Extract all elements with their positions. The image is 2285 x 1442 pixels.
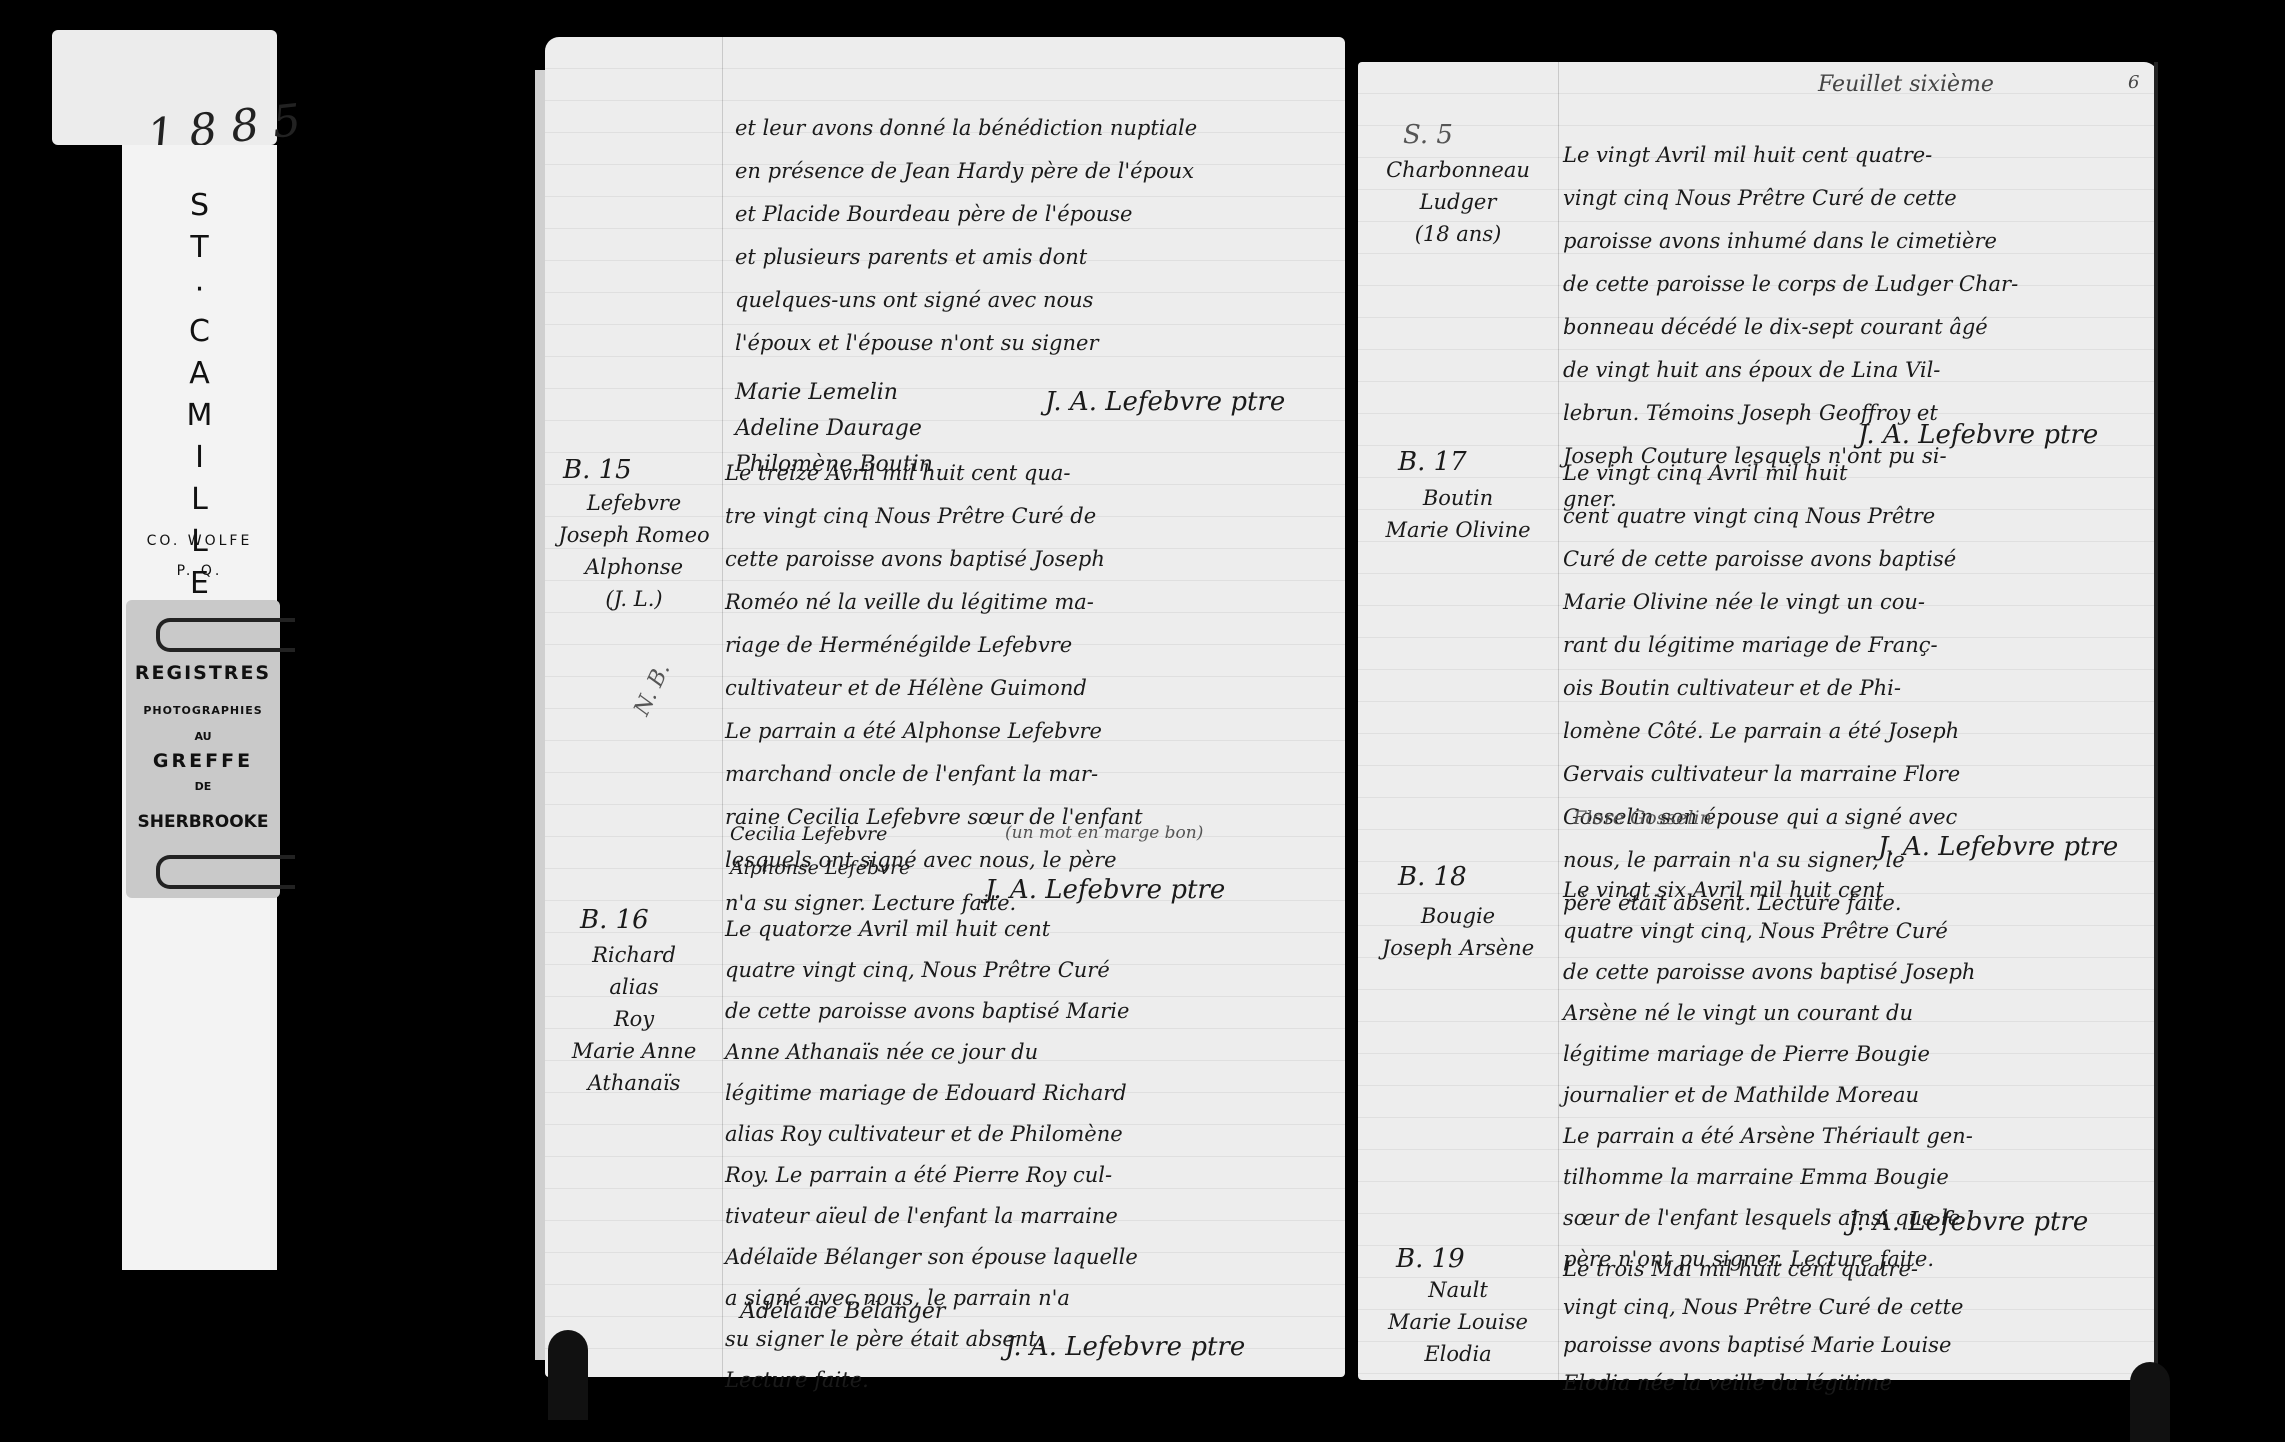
priest-signature: J. A. Lefebvre ptre: [1878, 832, 2118, 862]
right-page: Feuillet sixième 6 S. 5 Charbonneau Ludg…: [1358, 62, 2158, 1380]
text-line: et plusieurs parents et amis dont: [735, 236, 1197, 279]
text-line: lomène Côté. Le parrain a été Joseph: [1563, 710, 1960, 753]
entry-number: B. 16: [580, 905, 649, 935]
entry-margin-names: Lefebvre Joseph Romeo Alphonse (J. L.): [545, 487, 723, 615]
stamp-line: GREFFE: [126, 750, 280, 772]
text-line: l'époux et l'épouse n'ont su signer: [735, 322, 1197, 365]
margin-name: Elodia: [1358, 1338, 1558, 1370]
text-line: tre vingt cinq Nous Prêtre Curé de: [725, 495, 1143, 538]
text-line: Le vingt Avril mil huit cent quatre-: [1563, 134, 2018, 177]
text-line: bonneau décédé le dix-sept courant âgé: [1563, 306, 2018, 349]
text-line: de vingt huit ans époux de Lina Vil-: [1563, 349, 2018, 392]
text-line: quelques-uns ont signé avec nous: [735, 279, 1197, 322]
register-label-strip: S T · C A M I L L E CO. WOLFE P. Q. REGI…: [122, 145, 277, 1270]
text-line: de cette paroisse avons baptisé Joseph: [1563, 952, 1975, 993]
entry-margin-names: Richard alias Roy Marie Anne Athanaïs: [545, 939, 723, 1099]
text-line: quatre vingt cinq, Nous Prêtre Curé: [1563, 911, 1975, 952]
parish-letter: S: [122, 185, 277, 227]
province-label: P. Q.: [122, 563, 277, 579]
stamp-line: SHERBROOKE: [126, 812, 280, 832]
margin-name: Joseph Romeo: [545, 519, 723, 551]
page-edge: [2154, 62, 2158, 1380]
margin-name: Marie Olivine: [1358, 514, 1558, 546]
stamp-line: REGISTRES: [126, 662, 280, 684]
parish-letter: ·: [122, 269, 277, 311]
text-line: Elodia née la veille du légitime: [1563, 1364, 1963, 1402]
text-line: tivateur aïeul de l'enfant la marraine: [725, 1196, 1138, 1237]
text-line: cent quatre vingt cinq Nous Prêtre: [1563, 495, 1960, 538]
text-line: de cette paroisse avons baptisé Marie: [725, 991, 1138, 1032]
marginal-correction-note: (un mot en marge bon): [1005, 823, 1203, 843]
text-line: légitime mariage de Edouard Richard: [725, 1073, 1138, 1114]
parish-letter: A: [122, 353, 277, 395]
text-line: Anne Athanaïs née ce jour du: [725, 1032, 1138, 1073]
paperclip-icon: [156, 855, 295, 889]
binding-hole: [548, 1330, 588, 1420]
margin-name: Marie Anne: [545, 1035, 723, 1067]
text-line: Le trois Mai mil huit cent quatre-: [1563, 1250, 1963, 1288]
left-page: et leur avons donné la bénédiction nupti…: [545, 37, 1345, 1377]
text-line: journalier et de Mathilde Moreau: [1563, 1075, 1975, 1116]
margin-name: Alphonse: [545, 551, 723, 583]
priest-signature: J. A. Lefebvre ptre: [1858, 420, 2098, 450]
margin-rule: [1558, 62, 1559, 1380]
text-line: Adélaïde Bélanger son épouse laquelle: [725, 1237, 1138, 1278]
margin-name: Lefebvre: [545, 487, 723, 519]
margin-name: (18 ans): [1358, 218, 1558, 250]
stamp-line: AU: [126, 730, 280, 743]
stamp-line: PHOTOGRAPHIES: [126, 704, 280, 717]
text-line: Marie Olivine née le vingt un cou-: [1563, 581, 1960, 624]
paperclip-icon: [156, 618, 295, 652]
parish-letter: C: [122, 311, 277, 353]
signature: Marie Lemelin: [735, 375, 933, 411]
parish-letter: I: [122, 437, 277, 479]
parish-letter: L: [122, 479, 277, 521]
priest-signature: J. A. Lefebvre ptre: [1005, 1332, 1245, 1362]
stamp-line: DE: [126, 780, 280, 793]
priest-signature: J. A. Lefebvre ptre: [985, 875, 1225, 905]
text-line: paroisse avons inhumé dans le cimetière: [1563, 220, 2018, 263]
margin-name: Joseph Arsène: [1358, 932, 1558, 964]
priest-signature: J. A. Lefebvre ptre: [1045, 387, 1285, 417]
margin-name: Richard: [545, 939, 723, 971]
signature: Cecilia Lefebvre: [730, 817, 910, 851]
text-line: légitime mariage de Pierre Bougie: [1563, 1034, 1975, 1075]
parish-letter: M: [122, 395, 277, 437]
county-label: CO. WOLFE: [122, 533, 277, 549]
signature: Flore Gosselin: [1573, 807, 1712, 829]
text-line: Le treize Avril mil huit cent qua-: [725, 452, 1143, 495]
text-line: ois Boutin cultivateur et de Phi-: [1563, 667, 1960, 710]
signature: Adeline Daurage: [735, 411, 933, 447]
text-line: Le vingt cinq Avril mil huit: [1563, 452, 1960, 495]
entry-number: B. 18: [1398, 862, 1467, 892]
entry-number: B. 15: [563, 455, 632, 485]
text-line: riage de Herménégilde Lefebvre: [725, 624, 1143, 667]
text-line: marchand oncle de l'enfant la mar-: [725, 753, 1143, 796]
entry-margin-names: Nault Marie Louise Elodia: [1358, 1274, 1558, 1370]
margin-name: alias: [545, 971, 723, 1003]
parish-letter: T: [122, 227, 277, 269]
text-line: alias Roy cultivateur et de Philomène: [725, 1114, 1138, 1155]
text-line: et Placide Bourdeau père de l'épouse: [735, 193, 1197, 236]
text-line: cette paroisse avons baptisé Joseph: [725, 538, 1143, 581]
text-line: cultivateur et de Hélène Guimond: [725, 667, 1143, 710]
text-line: Le quatorze Avril mil huit cent: [725, 909, 1138, 950]
signature: Adélaïde Bélanger: [740, 1299, 945, 1324]
text-line: rant du légitime mariage de Franç-: [1563, 624, 1960, 667]
text-line: paroisse avons baptisé Marie Louise: [1563, 1326, 1963, 1364]
entry-margin-names: Boutin Marie Olivine: [1358, 482, 1558, 546]
text-line: tilhomme la marraine Emma Bougie: [1563, 1157, 1975, 1198]
margin-name: Nault: [1358, 1274, 1558, 1306]
margin-name: Bougie: [1358, 900, 1558, 932]
binding-hole: [2130, 1362, 2170, 1442]
margin-name: Marie Louise: [1358, 1306, 1558, 1338]
text-line: quatre vingt cinq, Nous Prêtre Curé: [725, 950, 1138, 991]
text-line: en présence de Jean Hardy père de l'épou…: [735, 150, 1197, 193]
margin-note: N. B.: [630, 659, 676, 719]
margin-name: Boutin: [1358, 482, 1558, 514]
witness-signatures: Cecilia Lefebvre Alphonse Lefebvre: [730, 817, 910, 885]
entry-body: Le trois Mai mil huit cent quatre- vingt…: [1563, 1250, 1963, 1402]
signature: Alphonse Lefebvre: [730, 851, 910, 885]
entry-margin-names: Charbonneau Ludger (18 ans): [1358, 154, 1558, 250]
entry-number: B. 17: [1398, 447, 1467, 477]
text-line: Arsène né le vingt un courant du: [1563, 993, 1975, 1034]
text-line: et leur avons donné la bénédiction nupti…: [735, 107, 1197, 150]
text-line: Le vingt six Avril mil huit cent: [1563, 870, 1975, 911]
text-line: Gervais cultivateur la marraine Flore: [1563, 753, 1960, 796]
text-line: Lecture faite.: [725, 1360, 1138, 1401]
margin-name: Athanaïs: [545, 1067, 723, 1099]
text-line: de cette paroisse le corps de Ludger Cha…: [1563, 263, 2018, 306]
text-line: Curé de cette paroisse avons baptisé: [1563, 538, 1960, 581]
text-line: vingt cinq Nous Prêtre Curé de cette: [1563, 177, 2018, 220]
entry-body: Le quatorze Avril mil huit cent quatre v…: [725, 909, 1138, 1401]
text-line: Le parrain a été Alphonse Lefebvre: [725, 710, 1143, 753]
priest-signature: J. A. Lefebvre ptre: [1848, 1207, 2088, 1237]
margin-name: Roy: [545, 1003, 723, 1035]
year-tag: 1885: [52, 30, 277, 145]
text-line: Roy. Le parrain a été Pierre Roy cul-: [725, 1155, 1138, 1196]
folio-header: Feuillet sixième: [1818, 72, 1994, 97]
margin-name: (J. L.): [545, 583, 723, 615]
entry-number: B. 19: [1396, 1244, 1465, 1274]
margin-name: Charbonneau: [1358, 154, 1558, 186]
margin-rule: [722, 37, 723, 1377]
entry-margin-names: Bougie Joseph Arsène: [1358, 900, 1558, 964]
archive-stamp: REGISTRES PHOTOGRAPHIES AU GREFFE DE SHE…: [126, 600, 280, 898]
text-line: Le parrain a été Arsène Thériault gen-: [1563, 1116, 1975, 1157]
page-number: 6: [2128, 72, 2139, 93]
margin-name: Ludger: [1358, 186, 1558, 218]
text-line: Roméo né la veille du légitime ma-: [725, 581, 1143, 624]
entry-number: S. 5: [1403, 120, 1453, 150]
text-line: vingt cinq, Nous Prêtre Curé de cette: [1563, 1288, 1963, 1326]
continuation-text: et leur avons donné la bénédiction nupti…: [735, 107, 1197, 365]
